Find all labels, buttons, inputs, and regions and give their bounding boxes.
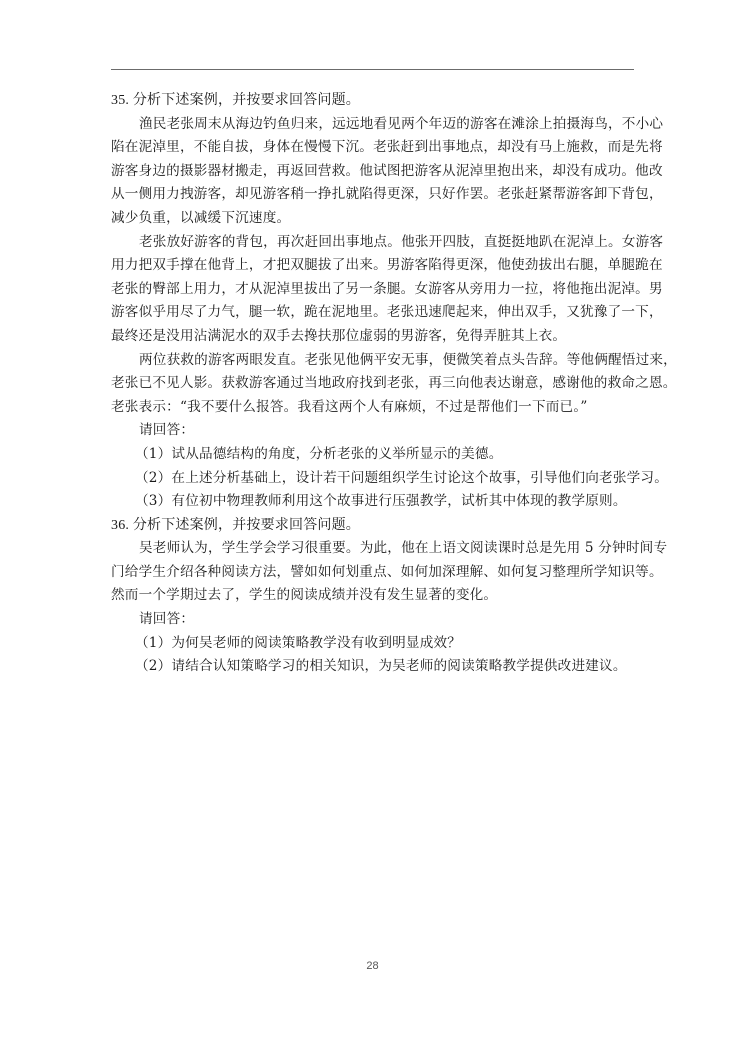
sub-question: （1）试从品德结构的角度，分析老张的义举所显示的美德。 [111,443,634,467]
case-line: 从一侧用力拽游客，却见游客稍一挣扎就陷得更深，只好作罢。老张赶紧帮游客卸下背包， [111,183,634,207]
case-line: 游客似乎用尽了力气，腿一软，跪在泥地里。老张迅速爬起来，伸出双手，又犹豫了一下， [111,301,634,325]
sub-question: （1）为何吴老师的阅读策略教学没有收到明显成效？ [111,632,634,656]
case-line: 门给学生介绍各种阅读方法，譬如如何划重点、如何加深理解、如何复习整理所学知识等。 [111,561,634,585]
answer-prompt: 请回答： [111,419,634,443]
answer-prompt: 请回答： [111,608,634,632]
question-title: 分析下述案例，并按要求回答问题。 [133,93,360,108]
case-line: 老张放好游客的背包，再次赶回出事地点。他张开四肢，直挺挺地趴在泥淖上。女游客 [111,231,634,255]
case-text: 吴老师认为，学生学会学习很重要。为此，他在上语文阅读课时总是先用 5 分钟时间专… [111,537,634,608]
sub-question: （2）请结合认知策略学习的相关知识，为吴老师的阅读策略教学提供改进建议。 [111,655,634,679]
question-heading: 36. 分析下述案例，并按要求回答问题。 [111,514,634,538]
case-line: 减少负重，以减缓下沉速度。 [111,207,634,231]
question-35: 35. 分析下述案例，并按要求回答问题。 渔民老张周末从海边钓鱼归来，远远地看见… [111,89,634,514]
case-line: 老张表示：“我不要什么报答。我看这两个人有麻烦，不过是帮他们一下而已。” [111,396,634,420]
case-text: 渔民老张周末从海边钓鱼归来，远远地看见两个年迈的游客在滩涂上拍摄海鸟，不小心 陷… [111,113,634,420]
case-line: 两位获救的游客两眼发直。老张见他俩平安无事，便微笑着点头告辞。等他俩醒悟过来， [111,349,634,373]
case-line: 吴老师认为，学生学会学习很重要。为此，他在上语文阅读课时总是先用 5 分钟时间专 [111,537,634,561]
case-line: 老张的臀部上用力，才从泥淖里拔出了另一条腿。女游客从旁用力一拉，将他拖出泥淖。男 [111,278,634,302]
header-rule [111,69,634,70]
case-line: 用力把双手撑在他背上，才把双腿拔了出来。男游客陷得更深，他使劲拔出右腿，单腿跪在 [111,254,634,278]
case-line: 渔民老张周末从海边钓鱼归来，远远地看见两个年迈的游客在滩涂上拍摄海鸟，不小心 [111,113,634,137]
page-number: 28 [0,960,745,972]
question-heading: 35. 分析下述案例，并按要求回答问题。 [111,89,634,113]
question-number: 35. [111,93,129,108]
case-line: 游客身边的摄影器材搬走，再返回营救。他试图把游客从泥淖里抱出来，却没有成功。他改 [111,160,634,184]
question-36: 36. 分析下述案例，并按要求回答问题。 吴老师认为，学生学会学习很重要。为此，… [111,514,634,679]
case-line: 然而一个学期过去了，学生的阅读成绩并没有发生显著的变化。 [111,584,634,608]
case-line: 最终还是没用沾满泥水的双手去搀扶那位虚弱的男游客，免得弄脏其上衣。 [111,325,634,349]
question-title: 分析下述案例，并按要求回答问题。 [133,518,360,533]
question-number: 36. [111,518,129,533]
sub-question: （2）在上述分析基础上，设计若干问题组织学生讨论这个故事，引导他们向老张学习。 [111,467,634,491]
sub-question: （3）有位初中物理教师利用这个故事进行压强教学，试析其中体现的教学原则。 [111,490,634,514]
case-line: 陷在泥淖里，不能自拔，身体在慢慢下沉。老张赶到出事地点，却没有马上施救，而是先将 [111,136,634,160]
case-line: 老张已不见人影。获救游客通过当地政府找到老张，再三向他表达谢意，感谢他的救命之恩… [111,372,634,396]
page-content: 35. 分析下述案例，并按要求回答问题。 渔民老张周末从海边钓鱼归来，远远地看见… [111,89,634,679]
